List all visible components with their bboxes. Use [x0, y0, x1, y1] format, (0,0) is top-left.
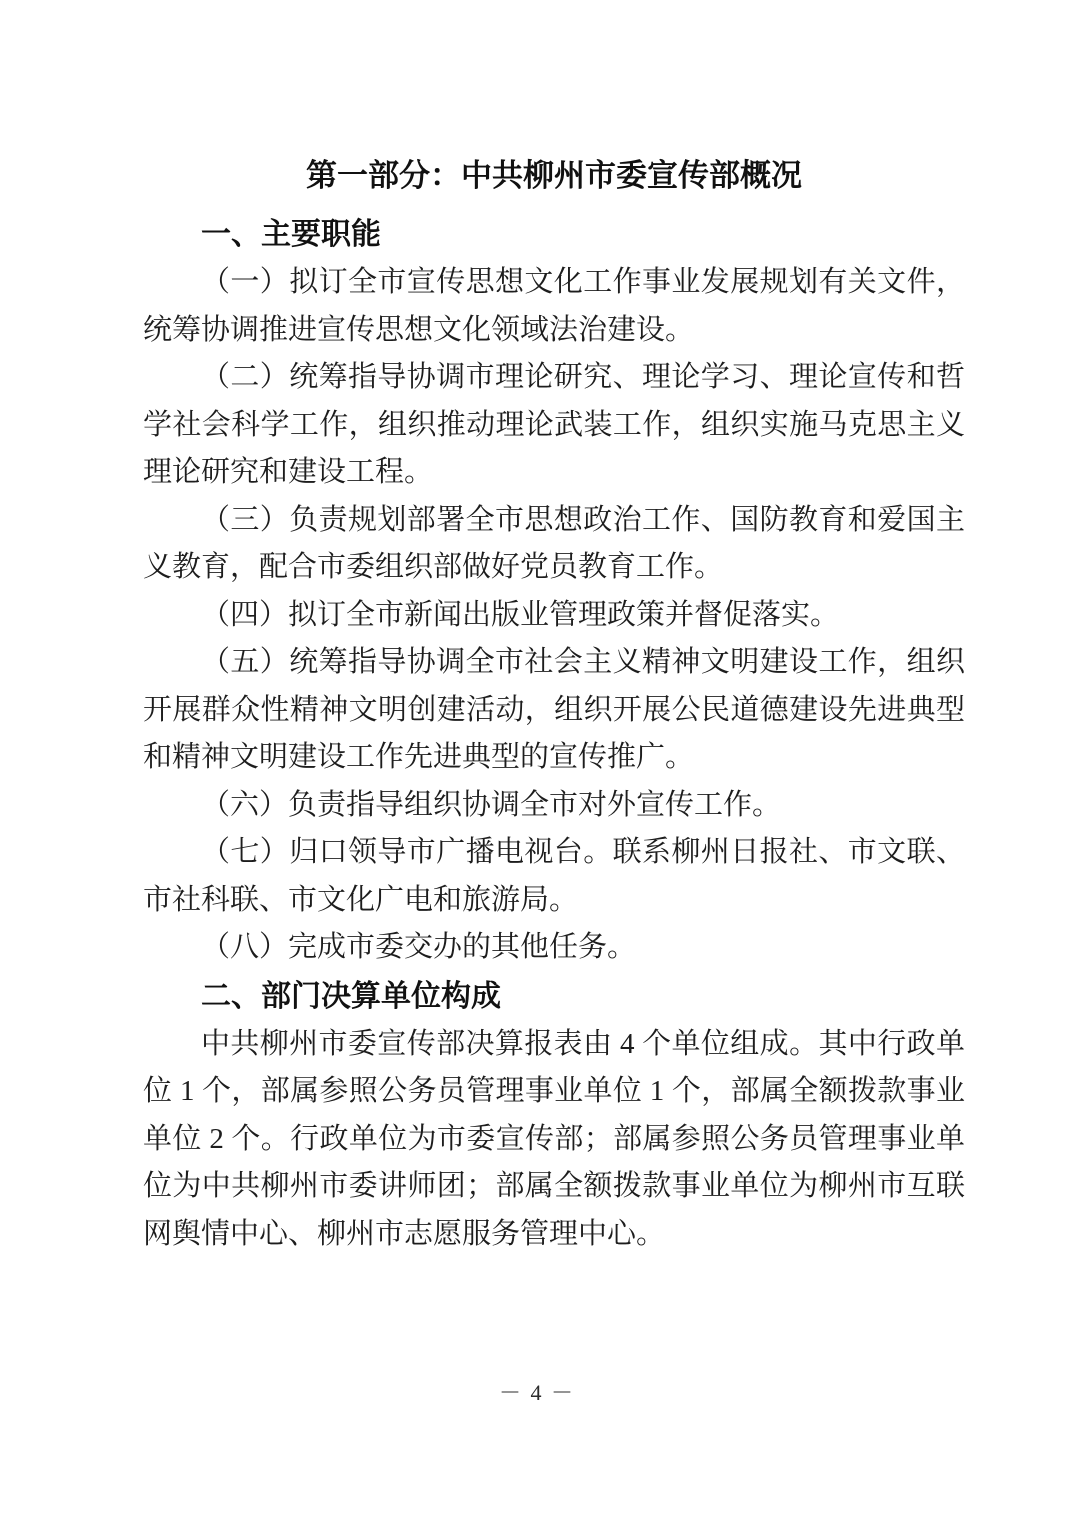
section-1-paragraph-6: （六）负责指导组织协调全市对外宣传工作。	[143, 782, 965, 830]
page-number: － 4 －	[0, 1376, 1074, 1407]
section-1-paragraph-3: （三）负责规划部署全市思想政治工作、国防教育和爱国主义教育，配合市委组织部做好党…	[143, 497, 965, 592]
section-2-paragraph-1: 中共柳州市委宣传部决算报表由 4 个单位组成。其中行政单位 1 个，部属参照公务…	[143, 1021, 965, 1259]
page-title: 第一部分：中共柳州市委宣传部概况	[143, 152, 965, 200]
document-page: 第一部分：中共柳州市委宣传部概况 一、主要职能 （一）拟订全市宣传思想文化工作事…	[0, 0, 1074, 1520]
section-1-paragraph-1: （一）拟订全市宣传思想文化工作事业发展规划有关文件，统筹协调推进宣传思想文化领域…	[143, 259, 965, 354]
section-1-paragraph-7: （七）归口领导市广播电视台。联系柳州日报社、市文联、市社科联、市文化广电和旅游局…	[143, 829, 965, 924]
section-1-paragraph-4: （四）拟订全市新闻出版业管理政策并督促落实。	[143, 592, 965, 640]
section-1-paragraph-8: （八）完成市委交办的其他任务。	[143, 924, 965, 972]
section-1-heading: 一、主要职能	[143, 210, 965, 259]
section-1-paragraph-5: （五）统筹指导协调全市社会主义精神文明建设工作，组织开展群众性精神文明创建活动，…	[143, 639, 965, 782]
document-content: 第一部分：中共柳州市委宣传部概况 一、主要职能 （一）拟订全市宣传思想文化工作事…	[143, 152, 965, 1258]
section-2-heading: 二、部门决算单位构成	[143, 972, 965, 1021]
section-1-paragraph-2: （二）统筹指导协调市理论研究、理论学习、理论宣传和哲学社会科学工作，组织推动理论…	[143, 354, 965, 497]
